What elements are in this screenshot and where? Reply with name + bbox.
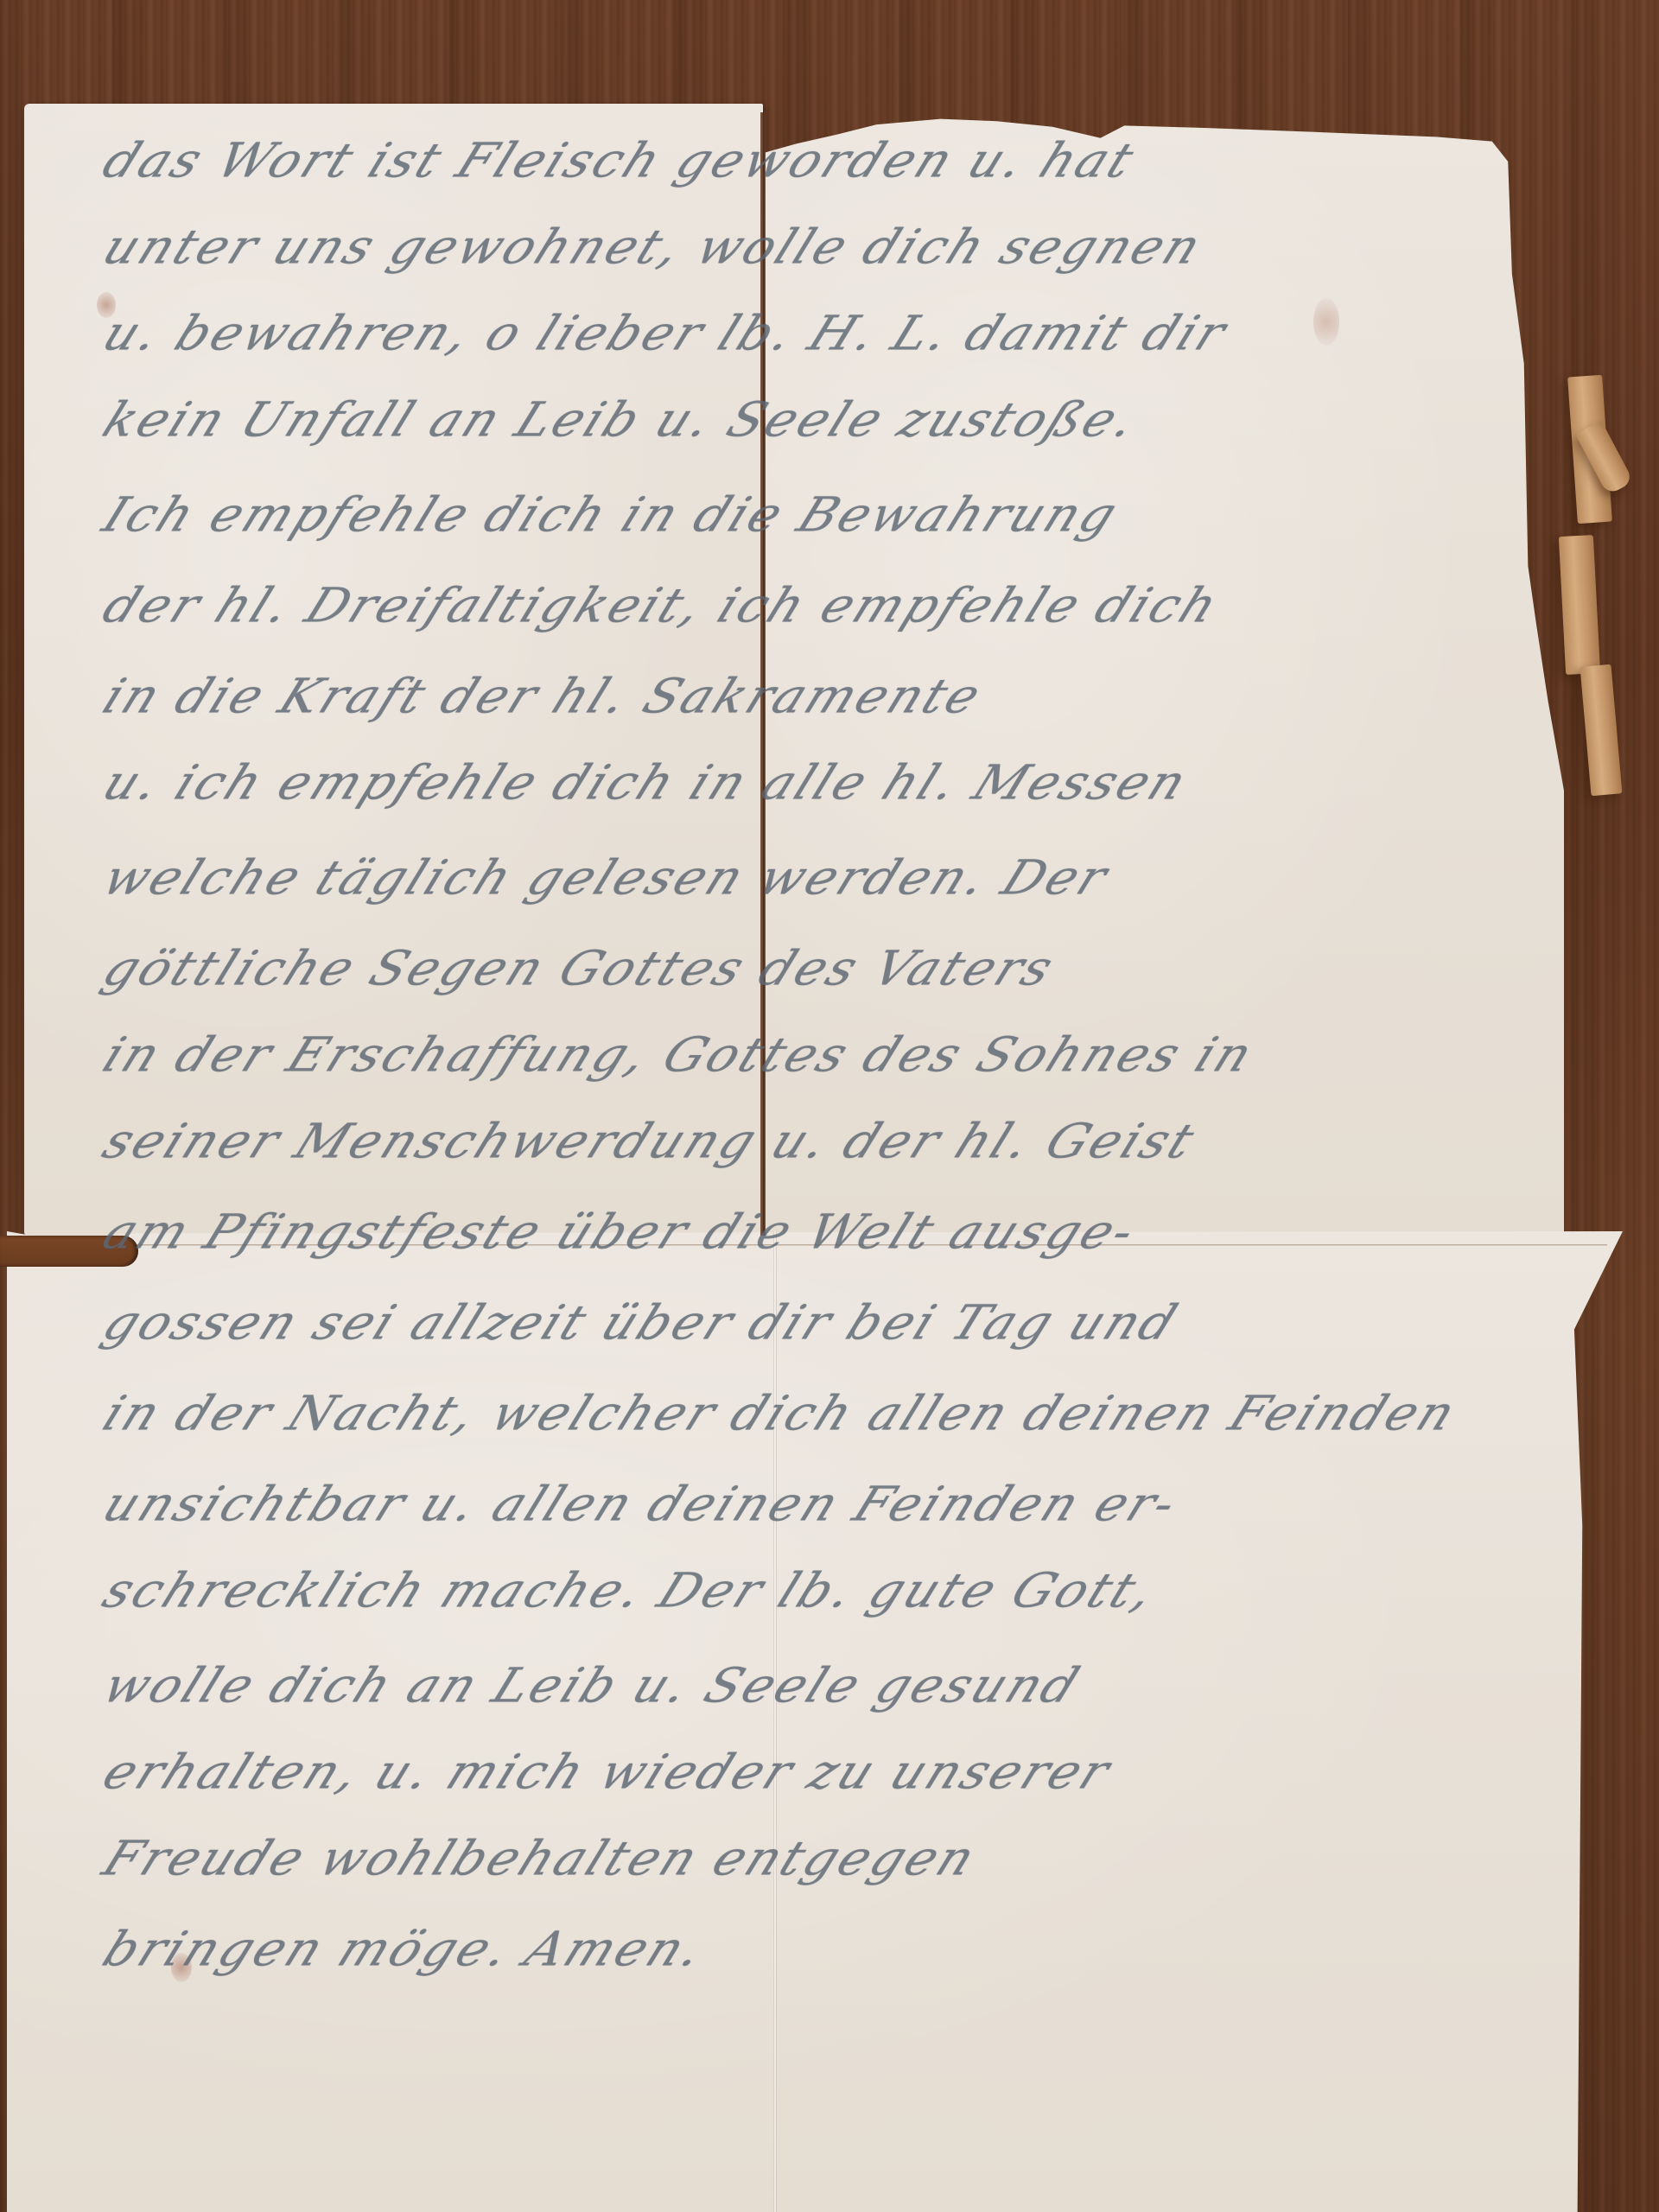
letter-line: am Pfingstfeste über die Welt ausge-: [95, 1204, 1146, 1260]
letter-line: u. bewahren, o lieber lb. H. L. damit di…: [95, 305, 1236, 361]
letter-line: in die Kraft der hl. Sakramente: [95, 668, 991, 724]
letter-line: der hl. Dreifaltigkeit, ich empfehle dic…: [95, 577, 1229, 633]
letter-line: in der Erschaffung, Gottes des Sohnes in: [95, 1027, 1263, 1083]
tape-fragment: [1559, 535, 1600, 675]
letter-line: Freude wohlbehalten entgegen: [95, 1830, 986, 1886]
letter-line: seiner Menschwerdung u. der hl. Geist: [95, 1113, 1205, 1169]
letter-line: unter uns gewohnet, wolle dich segnen: [95, 219, 1211, 275]
letter-line: schrecklich mache. Der lb. gute Gott,: [95, 1562, 1166, 1618]
letter-line: in der Nacht, welcher dich allen deinen …: [95, 1385, 1466, 1441]
letter-line: erhalten, u. mich wieder zu unserer: [95, 1744, 1121, 1800]
letter-line: welche täglich gelesen werden. Der: [95, 849, 1118, 906]
letter-line: kein Unfall an Leib u. Seele zustoße.: [95, 391, 1147, 448]
stain: [1313, 298, 1339, 346]
letter-paper-bottom: [7, 1231, 1623, 2212]
letter-line: u. ich empfehle dich in alle hl. Messen: [95, 754, 1197, 810]
letter-line: gossen sei allzeit über dir bei Tag und: [95, 1294, 1187, 1351]
letter-line: Ich empfehle dich in die Bewahrung: [95, 486, 1128, 543]
letter-line: unsichtbar u. allen deinen Feinden er-: [95, 1476, 1187, 1532]
letter-line: bringen möge. Amen.: [95, 1921, 714, 1977]
tape-fragment: [1580, 664, 1623, 797]
letter-line: göttliche Segen Gottes des Vaters: [95, 940, 1064, 996]
letter-line: das Wort ist Fleisch geworden u. hat: [95, 132, 1144, 188]
letter-line: wolle dich an Leib u. Seele gesund: [95, 1657, 1090, 1713]
vertical-fold-crease: [773, 1231, 777, 2212]
